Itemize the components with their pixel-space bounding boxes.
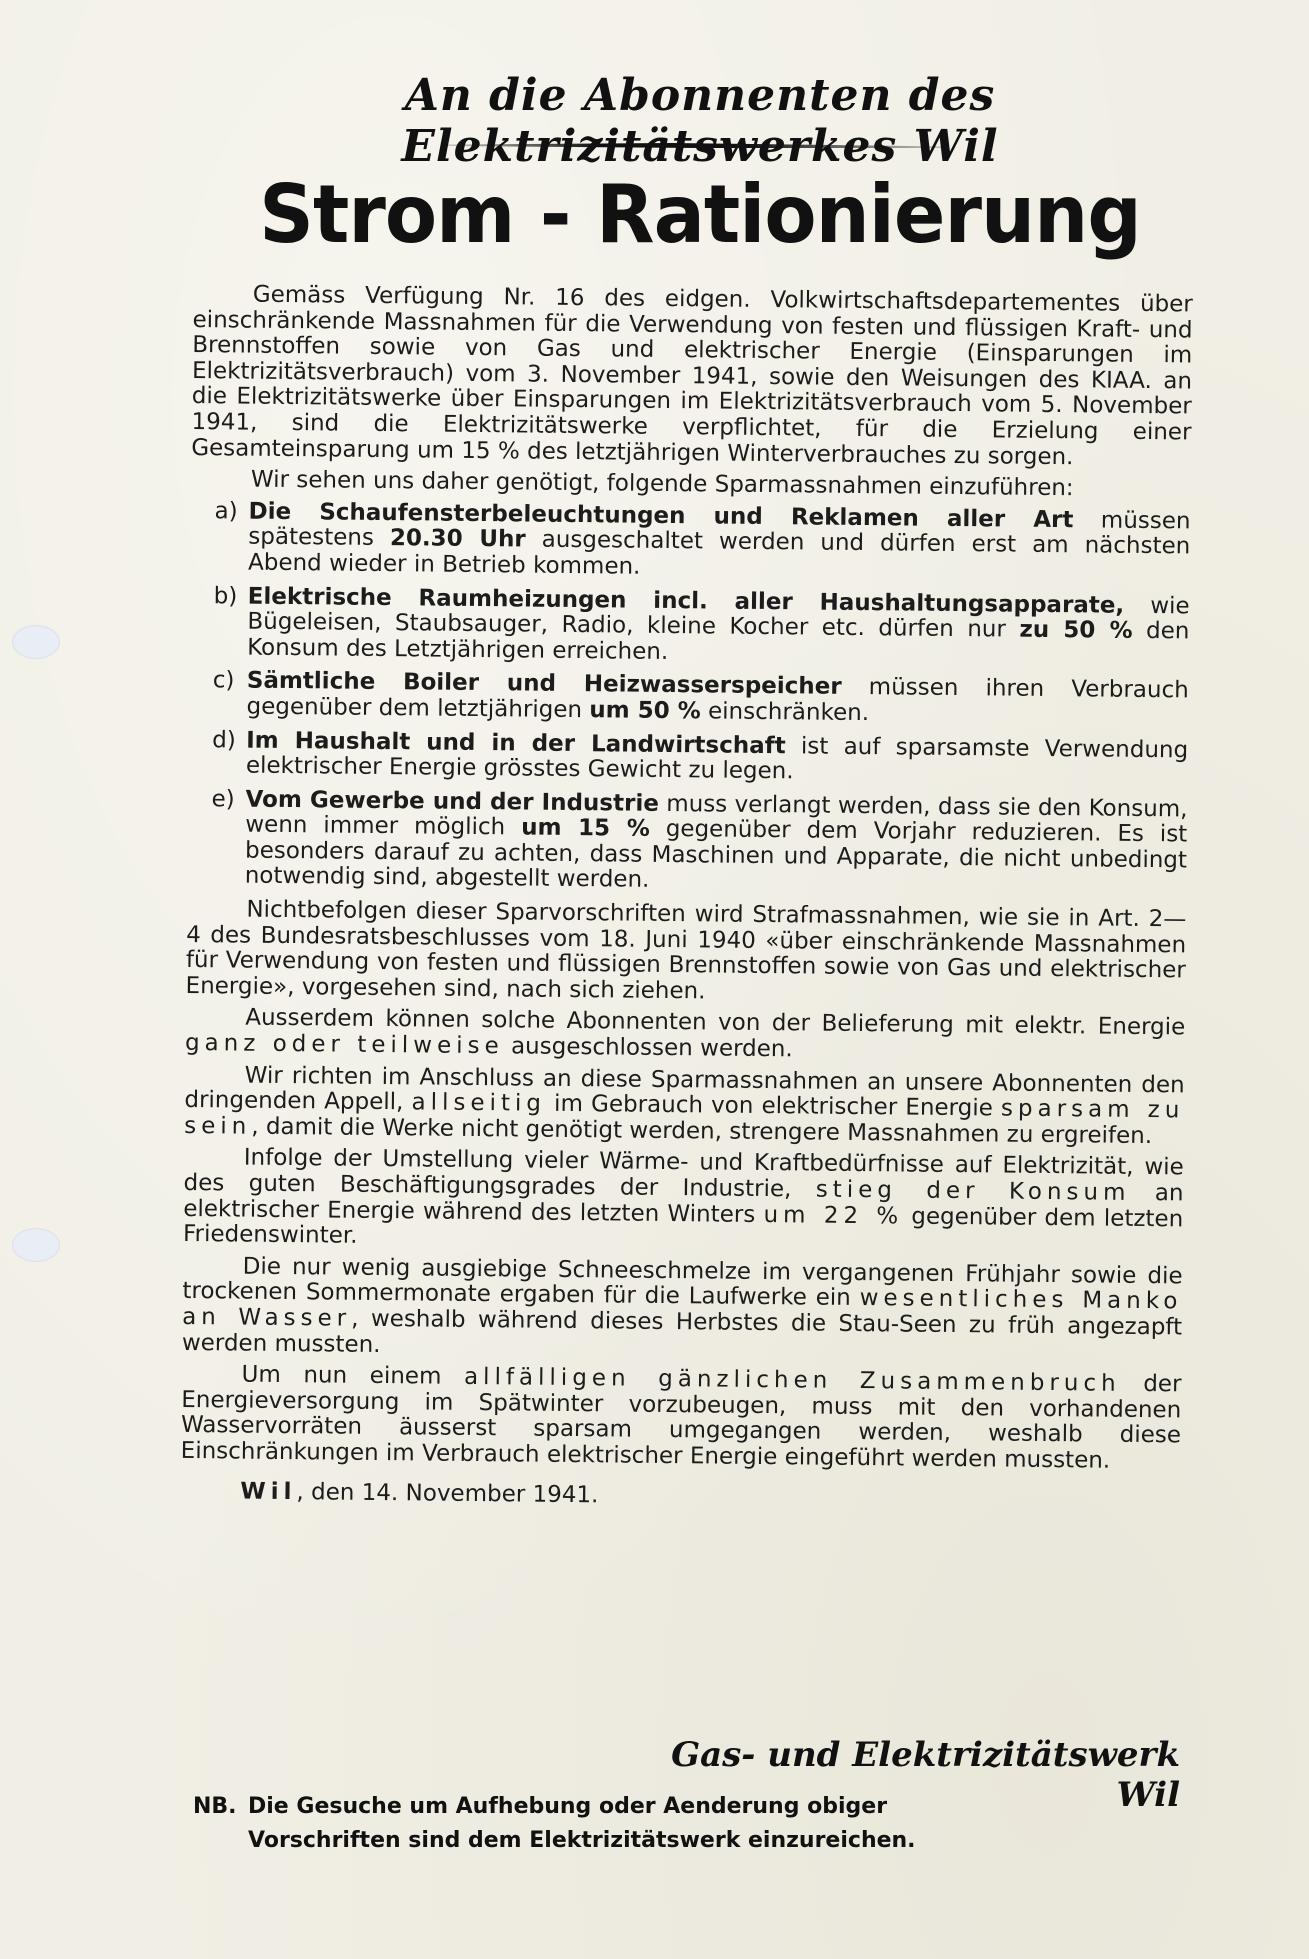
appeal-paragraph: Wir richten im Anschluss an diese Sparma… xyxy=(184,1063,1185,1150)
page-title: Strom - Rationierung xyxy=(225,168,1175,261)
consumption-paragraph: Infolge der Umstellung vieler Wärme- und… xyxy=(183,1145,1184,1258)
text-run: Um nun einem xyxy=(241,1362,464,1390)
intro-paragraph: Gemäss Verfügung Nr. 16 des eidgen. Volk… xyxy=(191,282,1193,472)
dateline-date: , den 14. November 1941. xyxy=(296,1479,598,1508)
penalty-paragraph: Nichtbefolgen dieser Sparvorschriften wi… xyxy=(185,897,1186,1010)
measures-intro: Wir sehen uns daher genötigt, folgende S… xyxy=(191,467,1191,503)
emphasis-spaced: um 22 % xyxy=(763,1202,903,1229)
nota-bene-line-2: Vorschriften sind dem Elektrizitätswerk … xyxy=(193,1824,993,1858)
measure-highlight: 20.30 Uhr xyxy=(390,525,526,552)
nota-bene: NB.Die Gesuche um Aufhebung oder Aenderu… xyxy=(193,1790,993,1858)
measure-highlight: zu 50 % xyxy=(1019,617,1132,644)
measure-highlight: um 15 % xyxy=(521,815,650,842)
nota-bene-label: NB. xyxy=(193,1790,248,1824)
address-line: An die Abonnenten des Elektrizitätswerke… xyxy=(205,70,1195,172)
nota-bene-line-1: NB.Die Gesuche um Aufhebung oder Aenderu… xyxy=(193,1790,993,1824)
emphasis-spaced: allseitig xyxy=(411,1090,546,1117)
water-paragraph: Die nur wenig ausgiebige Schneeschmelze … xyxy=(182,1254,1183,1367)
punch-hole-bottom xyxy=(12,1228,60,1262)
dateline-place: Wil xyxy=(240,1478,296,1505)
measure-highlight: um 50 % xyxy=(589,697,701,724)
list-marker: a) xyxy=(214,499,237,525)
emphasis-spaced: stieg der Konsum xyxy=(816,1177,1131,1206)
exclusion-paragraph: Ausserdem können solche Abonnenten von d… xyxy=(185,1005,1185,1067)
measure-text: einschränken. xyxy=(701,698,870,726)
list-marker: c) xyxy=(213,669,235,695)
measure-item-c: c) Sämtliche Boiler und Heizwasserspeich… xyxy=(188,668,1188,730)
text-run: ausgeschlossen werden. xyxy=(504,1033,793,1062)
punch-hole-top xyxy=(12,625,60,659)
nota-bene-text: Die Gesuche um Aufhebung oder Aenderung … xyxy=(248,1794,887,1819)
list-marker: d) xyxy=(212,728,236,754)
list-marker: b) xyxy=(214,584,238,610)
emphasis-spaced: ganz oder teilweise xyxy=(185,1030,504,1059)
collapse-paragraph: Um nun einem allfälligen gänzlichen Zusa… xyxy=(181,1362,1182,1475)
measure-item-a: a) Die Schaufensterbeleuchtungen und Rek… xyxy=(190,499,1191,586)
measure-item-d: d) Im Haushalt und in der Landwirtschaft… xyxy=(188,727,1188,789)
measures-list: a) Die Schaufensterbeleuchtungen und Rek… xyxy=(187,499,1191,900)
measure-item-e: e) Vom Gewerbe und der Industrie muss ve… xyxy=(187,787,1188,900)
list-marker: e) xyxy=(211,787,234,813)
document-body: Gemäss Verfügung Nr. 16 des eidgen. Volk… xyxy=(180,282,1193,1515)
measure-item-b: b) Elektrische Raumheizungen incl. aller… xyxy=(189,584,1190,671)
